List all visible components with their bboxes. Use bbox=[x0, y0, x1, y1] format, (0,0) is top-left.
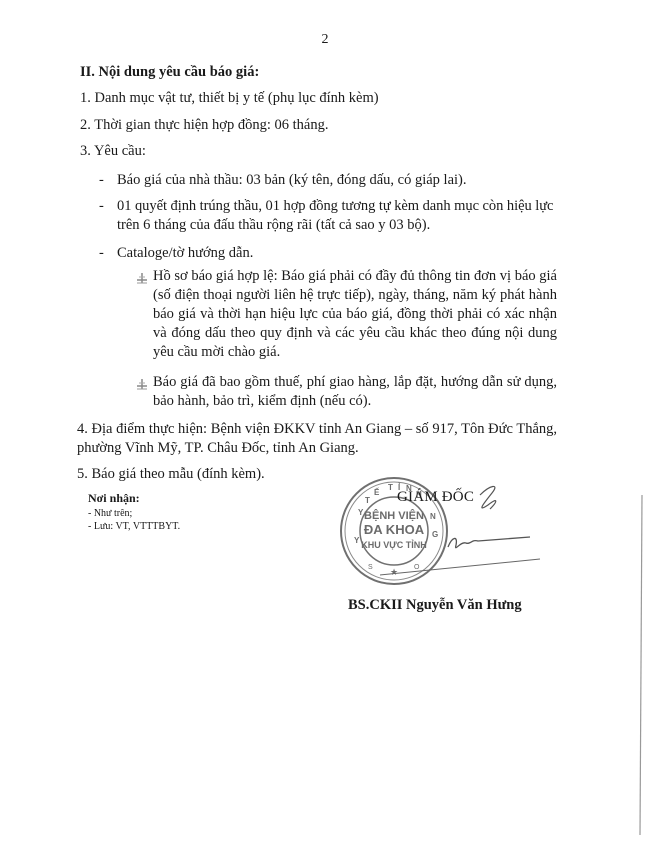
svg-text:Y: Y bbox=[354, 536, 360, 545]
pushpin-bullet-icon bbox=[136, 378, 148, 390]
item-4: 4. Địa điểm thực hiện: Bệnh viện ĐKKV tỉ… bbox=[77, 420, 557, 458]
recipients-title: Nơi nhận: bbox=[88, 491, 140, 506]
sub-bullet-2: Báo giá đã bao gồm thuế, phí giao hàng, … bbox=[153, 373, 557, 411]
signer-name: BS.CKII Nguyễn Văn Hưng bbox=[348, 597, 522, 614]
section-heading: II. Nội dung yêu cầu báo giá: bbox=[80, 63, 259, 82]
pushpin-bullet-icon bbox=[136, 272, 148, 284]
dash-marker: - bbox=[99, 244, 104, 263]
requirement-3: Cataloge/tờ hướng dẫn. bbox=[117, 244, 253, 263]
dash-marker: - bbox=[99, 197, 104, 216]
sub-bullet-1: Hồ sơ báo giá hợp lệ: Báo giá phải có đầ… bbox=[153, 267, 557, 362]
svg-text:T: T bbox=[365, 496, 370, 505]
item-3: 3. Yêu cầu: bbox=[80, 142, 146, 161]
requirement-2-line-1: 01 quyết định trúng thầu, 01 hợp đồng tư… bbox=[117, 197, 553, 216]
recipient-item: - Như trên; bbox=[88, 508, 132, 519]
requirement-2-line-2: trên 6 tháng của đấu thầu rộng rãi (tất … bbox=[117, 216, 430, 235]
svg-text:Y: Y bbox=[358, 508, 364, 517]
item-2: 2. Thời gian thực hiện hợp đồng: 06 thán… bbox=[80, 116, 328, 135]
item-5: 5. Báo giá theo mẫu (đính kèm). bbox=[77, 465, 265, 484]
requirement-1: Báo giá của nhà thầu: 03 bản (ký tên, đó… bbox=[117, 171, 467, 190]
document-page: 2 II. Nội dung yêu cầu báo giá: 1. Danh … bbox=[0, 0, 650, 841]
signature-mark bbox=[380, 475, 650, 835]
dash-marker: - bbox=[99, 171, 104, 190]
recipient-item: - Lưu: VT, VTTTBYT. bbox=[88, 521, 180, 532]
page-number: 2 bbox=[0, 32, 650, 48]
item-1: 1. Danh mục vật tư, thiết bị y tế (phụ l… bbox=[80, 89, 379, 108]
svg-text:S: S bbox=[368, 564, 373, 571]
